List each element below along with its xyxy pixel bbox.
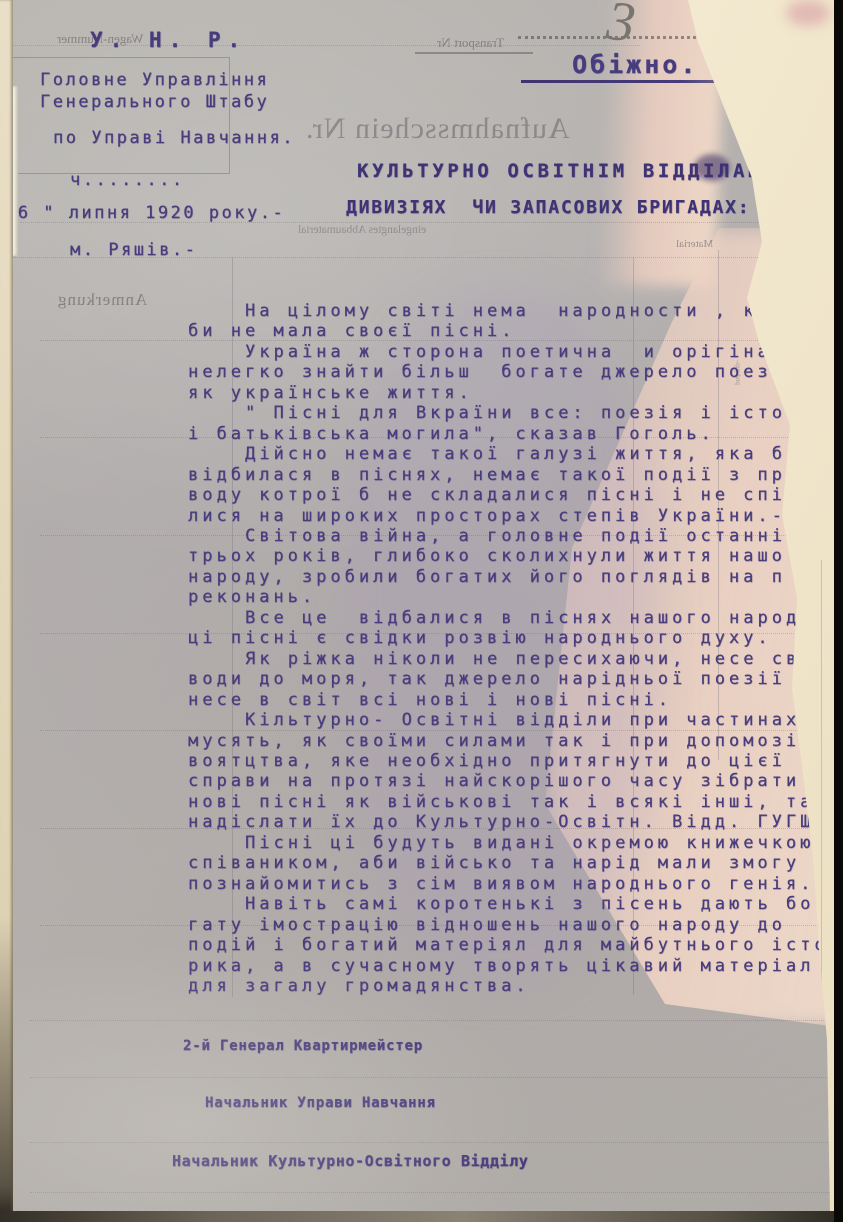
body-line: народу, зробили богатих його поглядів на… <box>188 567 843 587</box>
document-number-line: ч........ <box>70 170 185 190</box>
scan-bottom-edge <box>0 1211 843 1222</box>
ruling-line <box>40 925 830 926</box>
body-line: відбилася в піснях, немає такої події з … <box>188 465 843 485</box>
circular-note: Обіжно. <box>572 50 698 79</box>
body-line: лися на широких просторах степів України… <box>188 506 843 526</box>
body-line: Все це відбалися в піснях нашого народу <box>188 608 843 628</box>
handwritten-page-number: 3 <box>604 0 639 55</box>
signature-cultural-chief: Начальник Культурно-Освітного Відділу <box>172 1152 528 1170</box>
body-line: Кільтурно- Освітні відділи при частинах <box>188 710 843 730</box>
scan-right-edge <box>834 0 843 1222</box>
body-line: води до моря, так джерело нарідньої поез… <box>188 669 843 689</box>
body-line: рика, а в сучасному творять цікавий мате… <box>188 956 843 976</box>
scanned-document: Wagen-Nummer Transport Nr Aufnahmsschein… <box>0 0 843 1222</box>
ruling-line <box>40 535 830 536</box>
ruling-line <box>30 1077 830 1078</box>
ruling-line <box>20 222 800 223</box>
ruling-line <box>30 1142 830 1143</box>
bleedthrough-transport-nr: Transport Nr <box>437 35 504 51</box>
ruling-line <box>40 340 830 341</box>
body-line: нові пісні як військові так і всякі інші… <box>188 792 843 812</box>
body-line: воду котрої б не складалися пісні і не с… <box>188 485 843 505</box>
body-line: справи на протязі найскорішого часу зібр… <box>188 771 843 791</box>
body-line: Навіть самі коротенькі з пісень дають бо… <box>188 894 843 914</box>
bleedthrough-material: Material <box>676 238 713 250</box>
org-abbreviation: У. Н. Р. <box>90 28 247 52</box>
title-line1: КУЛЬТУРНО ОСВІТНІМ ВІДДІЛАМ ПР <box>357 160 808 182</box>
title-line2: ДИВИЗІЯХ ЧИ ЗАПАСОВИХ БРИГАДАХ: <box>346 197 750 218</box>
body-line: познайомитись з сім виявом народнього ге… <box>188 874 843 894</box>
letterhead-line3: по Управі Навчання. <box>53 128 295 148</box>
body-line: би не мала своєї пісні. <box>188 321 843 341</box>
ink-blotch <box>694 154 730 181</box>
ruling-line <box>0 257 800 258</box>
body-line: " Пісні для Вкраїни все: поезія і істо <box>188 403 843 423</box>
body-line: На цілому світі нема народности , котр <box>188 301 843 321</box>
bleedthrough-wagen-nummer: Wagen-Nummer <box>57 31 143 47</box>
bleedthrough-form-box <box>6 57 230 174</box>
pink-smudge-top-right <box>786 0 830 26</box>
body-line: мусять, як своїми силами так і при допом… <box>188 731 843 751</box>
torn-document-sheet: Wagen-Nummer Transport Nr Aufnahmsschein… <box>0 0 843 1222</box>
ruling-line <box>40 828 830 829</box>
body-line: реконань. <box>188 587 843 607</box>
body-line: несе в світ всі нові і нові пісні. <box>188 690 843 710</box>
body-line: гату імострацію відношень нашого народу … <box>188 915 843 935</box>
ruling-column-line <box>232 257 233 997</box>
body-line: співаником, аби військо та нарід мали зм… <box>188 853 843 873</box>
date-line: 26 " липня 1920 року.- <box>5 203 285 223</box>
body-line: Пісні ці будуть видані окремою книжечкою <box>188 833 843 853</box>
body-line: надіслати їх до Культурно-Освітн. Відд. … <box>188 812 843 832</box>
ruling-line <box>40 437 830 438</box>
ruling-column-line <box>718 250 719 760</box>
scan-left-edge <box>0 0 13 1222</box>
body-line: Світова війна, а головне події останні <box>188 526 843 546</box>
body-line: для загалу громадянства. <box>188 976 843 996</box>
place-line: м. Ряшів.- <box>70 240 197 260</box>
ruling-line <box>30 1192 830 1193</box>
body-line: ці пісні є свідки розвію народнього духу… <box>188 628 843 648</box>
bleedthrough-vertical-fragment: pnd-pgs- <box>734 360 742 385</box>
body-line: трьох років, глибоко сколихнули життя на… <box>188 546 843 566</box>
signature-training-chief: Начальник Управи Навчання <box>205 1095 436 1111</box>
bleedthrough-aufnahmsschein: Aufnahmsschein Nr. <box>305 112 570 146</box>
ruling-line <box>0 45 640 46</box>
body-line: Як ріжка ніколи не пересихаючи, несе сво <box>188 649 843 669</box>
ruling-column-line <box>633 257 634 995</box>
body-line: нелегко знайти більш богате джерело поез <box>188 362 843 382</box>
bleedthrough-anmerkung: Anmerkung <box>57 290 147 310</box>
bleedthrough-eingelangtes: eingelangtes Abbaumaterial <box>298 224 426 236</box>
body-line: Україна ж сторона поетична и орігінал <box>188 342 843 362</box>
bleedthrough-underline <box>415 52 533 54</box>
body-line: і батьківська могила", сказав Гоголь. <box>188 424 843 444</box>
letterhead-line2: Генерального Штабу <box>40 92 269 112</box>
body-line: Дійсно немає такої галузі життя, яка б <box>188 444 843 464</box>
ruling-line <box>40 730 830 731</box>
ruling-line <box>30 1020 830 1021</box>
body-line: воятцтва, яке необхідно притягнути до ці… <box>188 751 843 771</box>
lavender-tint <box>340 290 660 990</box>
ruling-line <box>40 633 830 634</box>
signature-quartermaster: 2-й Генерал Квартирмейстер <box>183 1038 423 1054</box>
body-text: На цілому світі нема народности , котрби… <box>188 301 843 996</box>
body-line: як українське життя. <box>188 383 843 403</box>
letterhead-line1: Головне Управління <box>40 70 269 90</box>
body-line: подій і богатий матеріял для майбутнього… <box>188 935 843 955</box>
cream-page-fold-line <box>821 560 822 1000</box>
